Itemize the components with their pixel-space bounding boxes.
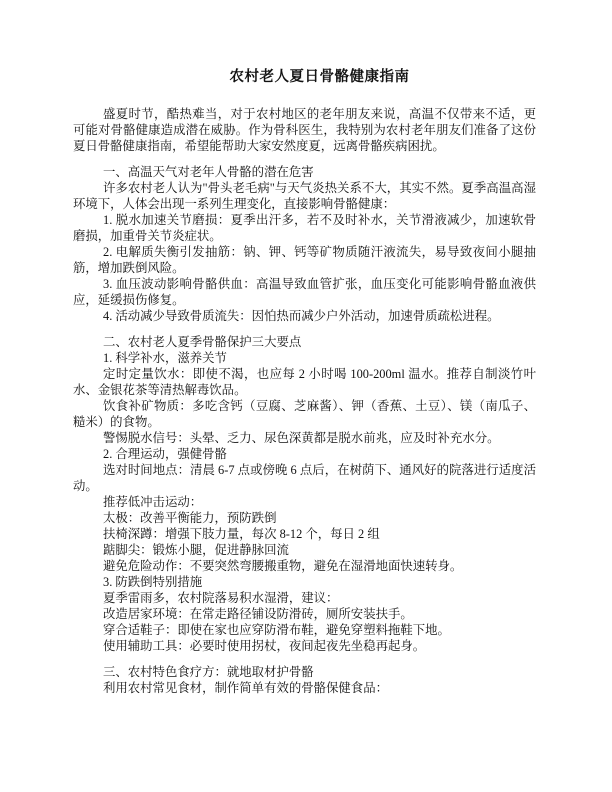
section-paragraph: 太极：改善平衡能力，预防跌倒 <box>73 510 536 526</box>
section-paragraph: 选对时间地点：清晨 6-7 点或傍晚 6 点后，在树荫下、通风好的院落进行适度活… <box>73 462 536 494</box>
section: 二、农村老人夏季骨骼保护三大要点1. 科学补水，滋养关节定时定量饮水：即使不渴，… <box>73 334 536 654</box>
section-paragraph: 穿合适鞋子：即使在家也应穿防滑布鞋，避免穿塑料拖鞋下地。 <box>73 622 536 638</box>
section-paragraph: 3. 血压波动影响骨骼供血：高温导致血管扩张，血压变化可能影响骨骼血液供应，延缓… <box>73 276 536 308</box>
section-paragraph: 饮食补矿物质：多吃含钙（豆腐、芝麻酱）、钾（香蕉、土豆）、镁（南瓜子、糙米）的食… <box>73 398 536 430</box>
section-paragraph: 1. 脱水加速关节磨损：夏季出汗多，若不及时补水，关节滑液减少，加速软骨磨损，加… <box>73 212 536 244</box>
section-paragraph: 4. 活动减少导致骨质流失：因怕热而减少户外活动，加速骨质疏松进程。 <box>73 308 536 324</box>
section-paragraph: 使用辅助工具：必要时使用拐杖，夜间起夜先坐稳再起身。 <box>73 638 536 654</box>
section-paragraph: 扶椅深蹲：增强下肢力量，每次 8-12 个，每日 2 组 <box>73 526 536 542</box>
section-paragraph: 推荐低冲击运动： <box>73 494 536 510</box>
section-heading: 三、农村特色食疗方：就地取材护骨骼 <box>73 664 536 680</box>
section-paragraph: 警惕脱水信号：头晕、乏力、尿色深黄都是脱水前兆，应及时补充水分。 <box>73 430 536 446</box>
section-paragraph: 2. 电解质失衡引发抽筋：钠、钾、钙等矿物质随汗液流失，易导致夜间小腿抽筋，增加… <box>73 244 536 276</box>
section-paragraph: 1. 科学补水，滋养关节 <box>73 350 536 366</box>
section-paragraph: 定时定量饮水：即使不渴，也应每 2 小时喝 100-200ml 温水。推荐自制淡… <box>73 366 536 398</box>
section-paragraph: 夏季雷雨多，农村院落易积水湿滑，建议： <box>73 590 536 606</box>
section-paragraph: 许多农村老人认为"骨头老毛病"与天气炎热关系不大，其实不然。夏季高温高湿环境下，… <box>73 180 536 212</box>
intro-paragraph: 盛夏时节，酷热难当，对于农村地区的老年朋友来说，高温不仅带来不适，更可能对骨骼健… <box>73 106 536 154</box>
section-paragraph: 3. 防跌倒特别措施 <box>73 574 536 590</box>
section-paragraph: 利用农村常见食材，制作简单有效的骨骼保健食品： <box>73 680 536 696</box>
section: 三、农村特色食疗方：就地取材护骨骼利用农村常见食材，制作简单有效的骨骼保健食品： <box>73 664 536 696</box>
section-heading: 一、高温天气对老年人骨骼的潜在危害 <box>73 164 536 180</box>
document-title: 农村老人夏日骨骼健康指南 <box>73 66 536 88</box>
section-paragraph: 2. 合理运动，强健骨骼 <box>73 446 536 462</box>
section-paragraph: 避免危险动作：不要突然弯腰搬重物，避免在湿滑地面快速转身。 <box>73 558 536 574</box>
section-paragraph: 改造居家环境：在常走路径铺设防滑砖，厕所安装扶手。 <box>73 606 536 622</box>
section-heading: 二、农村老人夏季骨骼保护三大要点 <box>73 334 536 350</box>
sections-container: 一、高温天气对老年人骨骼的潜在危害许多农村老人认为"骨头老毛病"与天气炎热关系不… <box>73 164 536 696</box>
section-paragraph: 踮脚尖：锻炼小腿，促进静脉回流 <box>73 542 536 558</box>
document-page: 农村老人夏日骨骼健康指南 盛夏时节，酷热难当，对于农村地区的老年朋友来说，高温不… <box>0 0 612 792</box>
section: 一、高温天气对老年人骨骼的潜在危害许多农村老人认为"骨头老毛病"与天气炎热关系不… <box>73 164 536 324</box>
